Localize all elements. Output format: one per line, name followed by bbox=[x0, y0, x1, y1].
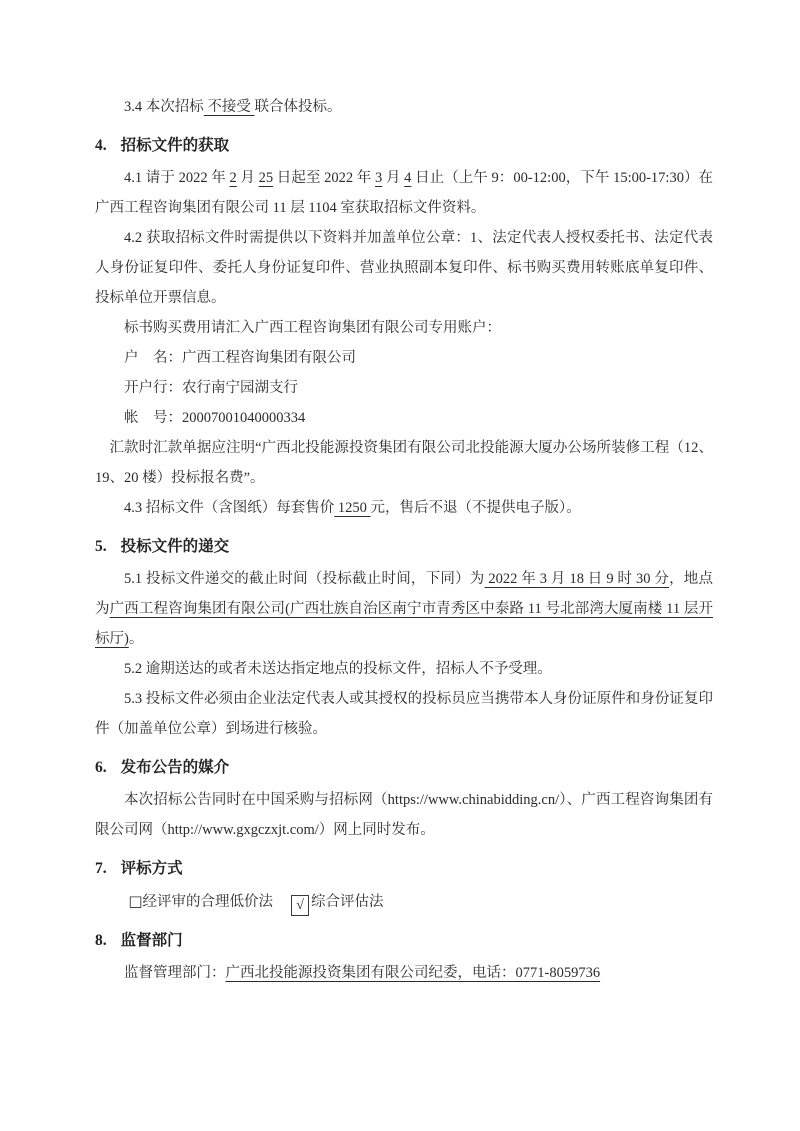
bank-branch-line: 开户行：农行南宁园湖支行 bbox=[95, 373, 713, 403]
section-title: 监督部门 bbox=[121, 932, 183, 949]
underlined-text: 1250 bbox=[334, 500, 370, 516]
account-number-line: 帐 号：20007001040000334 bbox=[95, 403, 713, 433]
section-number: 6. bbox=[95, 759, 107, 776]
checkbox-checked-icon: √ bbox=[291, 895, 309, 916]
document-content: 3.4 本次招标 不接受 联合体投标。4.招标文件的获取4.1 请于 2022 … bbox=[95, 92, 713, 988]
text-run: 本次招标公告同时在中国采购与招标网（https://www.chinabiddi… bbox=[95, 792, 713, 838]
text-run: 户 名：广西工程咨询集团有限公司 bbox=[124, 350, 356, 366]
evaluation-method-options: □经评审的合理低价法√综合评估法 bbox=[95, 886, 713, 917]
text-run: 月 bbox=[382, 170, 404, 186]
underlined-text: 2022 年 3 月 18 日 9 时 30 分 bbox=[485, 571, 670, 587]
clause-5-1: 5.1 投标文件递交的截止时间（投标截止时间，下同）为 2022 年 3 月 1… bbox=[95, 564, 713, 654]
underlined-text: 25 bbox=[259, 170, 274, 186]
checkbox-unchecked-icon: □ bbox=[128, 892, 142, 910]
section-title: 发布公告的媒介 bbox=[121, 759, 230, 776]
publish-media: 本次招标公告同时在中国采购与招标网（https://www.chinabiddi… bbox=[95, 785, 713, 845]
text-run: 联合体投标。 bbox=[255, 99, 342, 115]
clause-5-2: 5.2 逾期送达的或者未送达指定地点的投标文件，招标人不予受理。 bbox=[95, 654, 713, 684]
clause-4-2: 4.2 获取招标文件时需提供以下资料并加盖单位公章：1、法定代表人授权委托书、法… bbox=[95, 223, 713, 313]
checkbox-label: 综合评估法 bbox=[311, 894, 384, 910]
text-run: 日起至 2022 年 bbox=[273, 170, 375, 186]
text-run: 5.2 逾期送达的或者未送达指定地点的投标文件，招标人不予受理。 bbox=[124, 661, 552, 677]
clause-5-3: 5.3 投标文件必须由企业法定代表人或其授权的投标员应当携带本人身份证原件和身份… bbox=[95, 684, 713, 744]
section-title: 投标文件的递交 bbox=[121, 538, 230, 555]
text-run: 。 bbox=[129, 631, 144, 647]
section-title: 评标方式 bbox=[121, 860, 183, 877]
section-number: 4. bbox=[95, 137, 107, 154]
underlined-text: 不接受 bbox=[204, 99, 255, 115]
text-run: 开户行：农行南宁园湖支行 bbox=[124, 380, 298, 396]
payment-account-intro: 标书购买费用请汇入广西工程咨询集团有限公司专用账户： bbox=[95, 313, 713, 343]
text-run: 监督管理部门： bbox=[124, 965, 226, 981]
text-run: 标书购买费用请汇入广西工程咨询集团有限公司专用账户： bbox=[124, 320, 501, 336]
section-7-heading: 7.评标方式 bbox=[95, 854, 713, 884]
text-run: 帐 号：20007001040000334 bbox=[124, 410, 305, 426]
clause-4-3: 4.3 招标文件（含图纸）每套售价 1250 元，售后不退（不提供电子版）。 bbox=[95, 493, 713, 523]
section-5-heading: 5.投标文件的递交 bbox=[95, 532, 713, 562]
remittance-note: 汇款时汇款单据应注明“广西北投能源投资集团有限公司北投能源大厦办公场所装修工程（… bbox=[95, 433, 713, 493]
text-run: 4.3 招标文件（含图纸）每套售价 bbox=[124, 500, 334, 516]
checkbox-option: √综合评估法 bbox=[291, 894, 384, 910]
section-title: 招标文件的获取 bbox=[121, 137, 230, 154]
clause-3-4: 3.4 本次招标 不接受 联合体投标。 bbox=[95, 92, 713, 122]
underlined-text: 广西北投能源投资集团有限公司纪委，电话：0771-8059736 bbox=[226, 965, 601, 981]
checkbox-option: □经评审的合理低价法 bbox=[128, 894, 273, 910]
clause-4-1: 4.1 请于 2022 年 2 月 25 日起至 2022 年 3 月 4 日止… bbox=[95, 163, 713, 223]
section-6-heading: 6.发布公告的媒介 bbox=[95, 753, 713, 783]
section-number: 7. bbox=[95, 860, 107, 877]
document-page: 3.4 本次招标 不接受 联合体投标。4.招标文件的获取4.1 请于 2022 … bbox=[0, 0, 800, 1131]
text-run: 5.1 投标文件递交的截止时间（投标截止时间，下同）为 bbox=[124, 571, 485, 587]
text-run: 月 bbox=[237, 170, 259, 186]
supervision-line: 监督管理部门：广西北投能源投资集团有限公司纪委，电话：0771-8059736 bbox=[95, 958, 713, 988]
section-4-heading: 4.招标文件的获取 bbox=[95, 131, 713, 161]
text-run: 汇款时汇款单据应注明“广西北投能源投资集团有限公司北投能源大厦办公场所装修工程（… bbox=[95, 440, 713, 486]
section-number: 8. bbox=[95, 932, 107, 949]
text-run: 元，售后不退（不提供电子版）。 bbox=[371, 500, 581, 516]
text-run: 3.4 本次招标 bbox=[124, 99, 204, 115]
underlined-text: 2 bbox=[229, 170, 236, 186]
text-run: 4.2 获取招标文件时需提供以下资料并加盖单位公章：1、法定代表人授权委托书、法… bbox=[95, 230, 713, 306]
underlined-text: 广西工程咨询集团有限公司(广西壮族自治区南宁市青秀区中泰路 11 号北部湾大厦南… bbox=[95, 601, 713, 647]
account-name-line: 户 名：广西工程咨询集团有限公司 bbox=[95, 343, 713, 373]
section-number: 5. bbox=[95, 538, 107, 555]
text-run: 5.3 投标文件必须由企业法定代表人或其授权的投标员应当携带本人身份证原件和身份… bbox=[95, 691, 713, 737]
checkbox-label: 经评审的合理低价法 bbox=[143, 894, 274, 910]
text-run: 4.1 请于 2022 年 bbox=[124, 170, 229, 186]
section-8-heading: 8.监督部门 bbox=[95, 926, 713, 956]
